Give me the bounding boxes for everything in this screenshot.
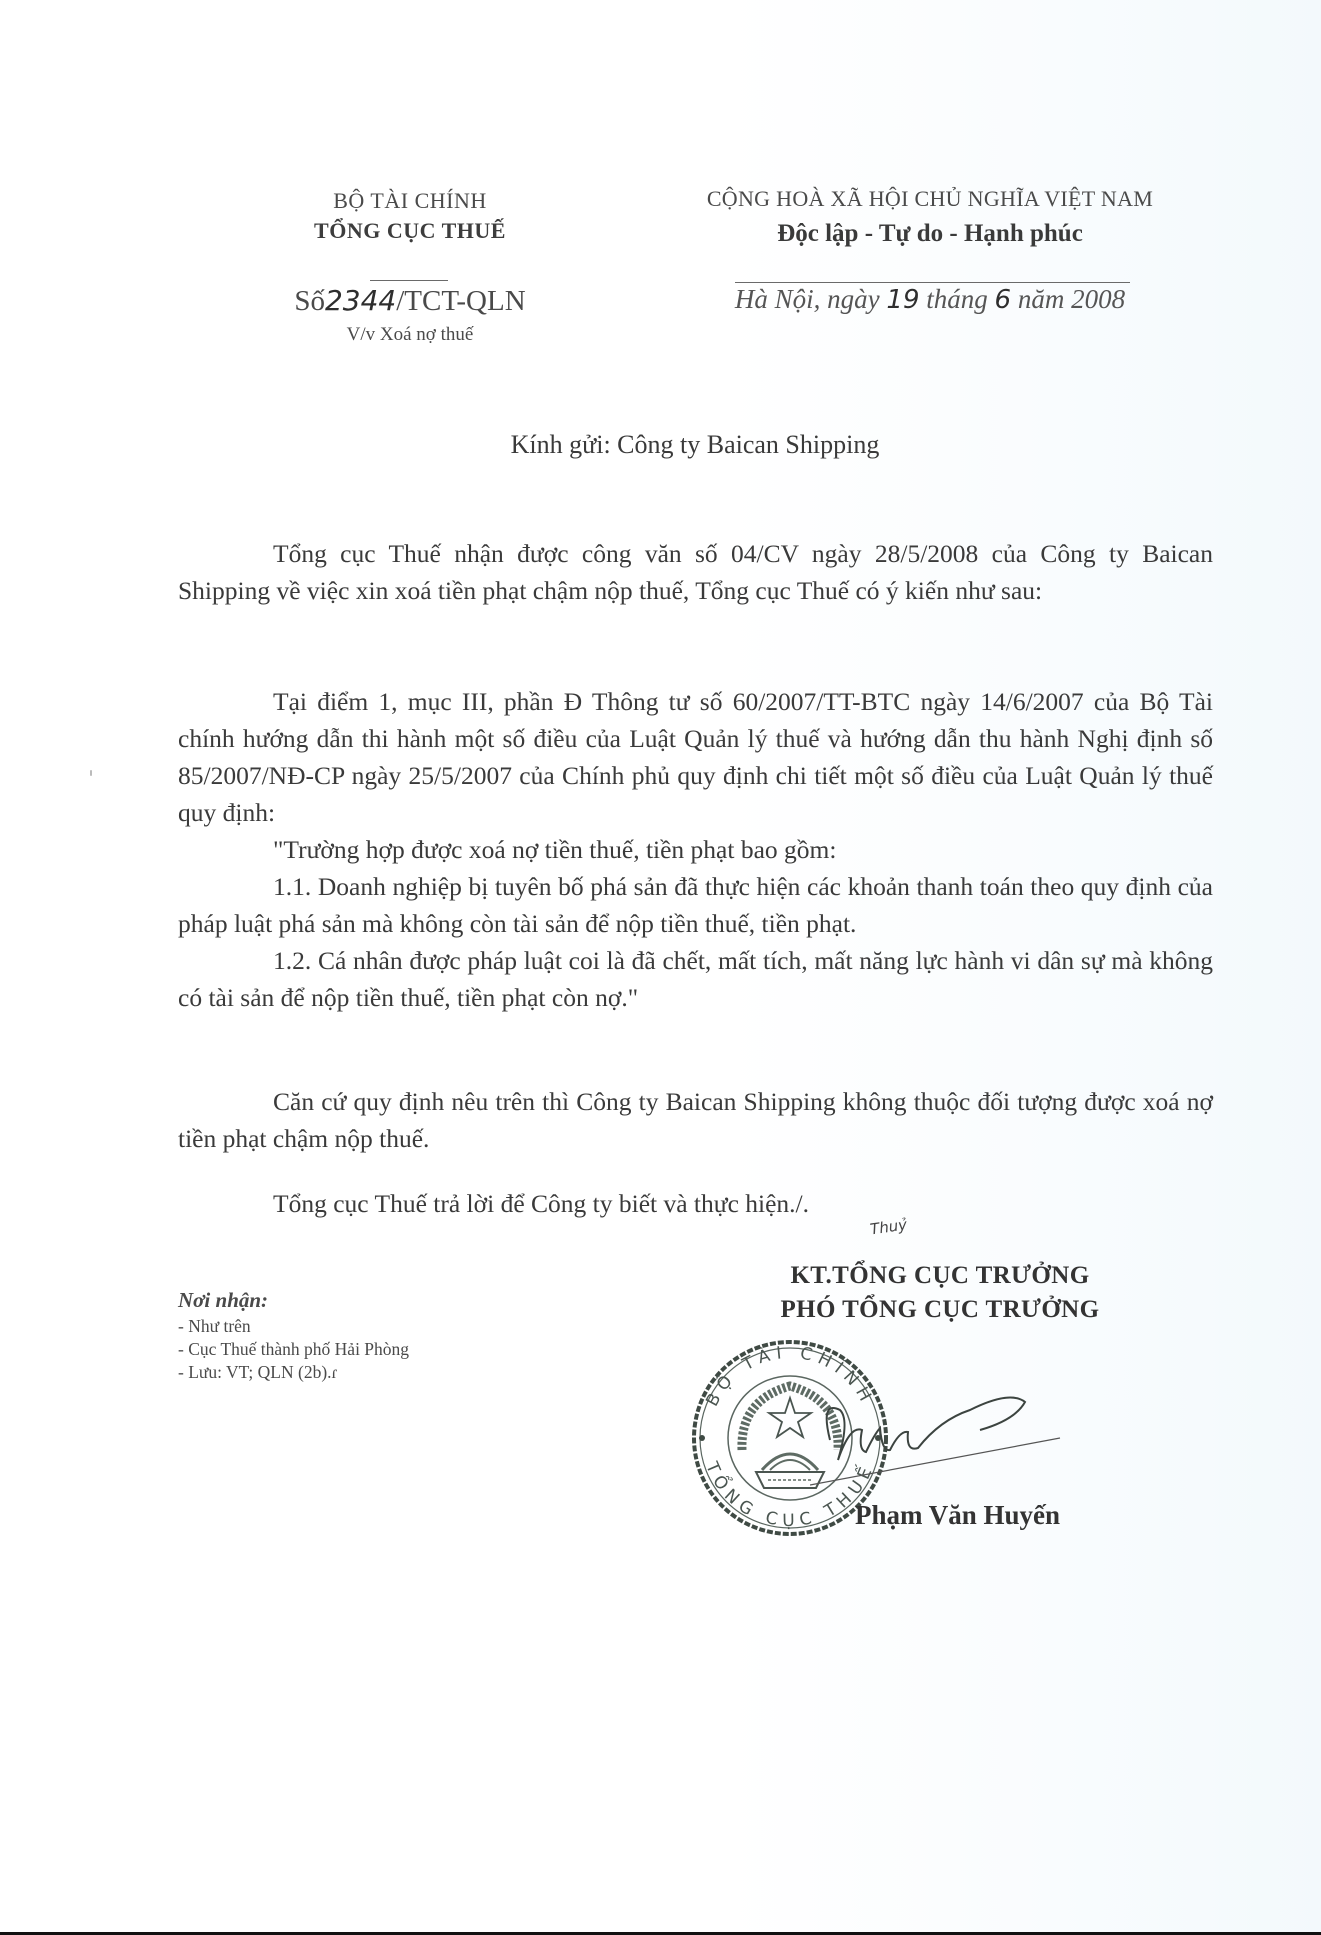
header-divider-left	[370, 280, 448, 281]
agency-name: TỔNG CỤC THUẾ	[250, 218, 570, 244]
date-day: 19	[886, 285, 919, 315]
recipient-item: - Lưu: VT; QLN (2b).ɾ	[178, 1361, 538, 1384]
body-paragraph-3: Căn cứ quy định nêu trên thì Công ty Bai…	[178, 1083, 1213, 1157]
signer-name: Phạm Văn Huyến	[855, 1500, 1060, 1531]
quote-item-1-1: 1.1. Doanh nghiệp bị tuyên bố phá sản đã…	[178, 868, 1213, 942]
document-subject: V/v Xoá nợ thuế	[250, 324, 570, 346]
ministry-name: BỘ TÀI CHÍNH	[250, 188, 570, 214]
doc-number-handwritten: 2344	[325, 284, 396, 317]
body-paragraph-4: Tổng cục Thuế trả lời để Công ty biết và…	[178, 1185, 1213, 1222]
signature-title-1: KT.TỔNG CỤC TRƯỞNG	[700, 1262, 1180, 1290]
recipients-label: Nơi nhận:	[178, 1288, 538, 1313]
recipient-item: - Như trên	[178, 1315, 538, 1338]
scan-speck	[90, 770, 92, 776]
national-motto: Độc lập - Tự do - Hạnh phúc	[640, 220, 1220, 248]
doc-number-suffix: /TCT-QLN	[396, 285, 525, 317]
date-month: 6	[995, 285, 1012, 315]
salutation: Kính gửi: Công ty Baican Shipping	[170, 430, 1220, 460]
dateline: Hà Nội, ngày 19 tháng 6 năm 2008	[640, 284, 1220, 315]
header-divider-right	[735, 282, 1130, 283]
quote-intro: "Trường hợp được xoá nợ tiền thuế, tiền …	[178, 831, 1213, 868]
body-paragraph-1: Tổng cục Thuế nhận được công văn số 04/C…	[178, 535, 1213, 609]
handwritten-initials: Thuỷ	[869, 1216, 908, 1239]
paragraph-text: Tổng cục Thuế trả lời để Công ty biết và…	[178, 1185, 1213, 1222]
country-name: CỘNG HOÀ XÃ HỘI CHỦ NGHĨA VIỆT NAM	[640, 186, 1220, 212]
recipients-block: Nơi nhận: - Như trên - Cục Thuế thành ph…	[178, 1288, 538, 1384]
quote-item-1-2: 1.2. Cá nhân được pháp luật coi là đã ch…	[178, 942, 1213, 1016]
recipient-item: - Cục Thuế thành phố Hải Phòng	[178, 1338, 538, 1361]
date-place: Hà Nội, ngày	[735, 284, 880, 314]
paragraph-text: Tại điểm 1, mục III, phần Đ Thông tư số …	[178, 683, 1213, 831]
date-year: năm 2008	[1018, 284, 1125, 314]
signature-title-2: PHÓ TỔNG CỤC TRƯỞNG	[700, 1296, 1180, 1324]
doc-number-prefix: Số	[294, 285, 325, 317]
body-paragraph-2: Tại điểm 1, mục III, phần Đ Thông tư số …	[178, 683, 1213, 1016]
paragraph-text: Tổng cục Thuế nhận được công văn số 04/C…	[178, 535, 1213, 609]
paragraph-text: Căn cứ quy định nêu trên thì Công ty Bai…	[178, 1083, 1213, 1157]
handwritten-signature-icon	[810, 1380, 1070, 1490]
date-month-label: tháng	[926, 284, 988, 314]
document-number: Số2344/TCT-QLN	[250, 284, 570, 318]
